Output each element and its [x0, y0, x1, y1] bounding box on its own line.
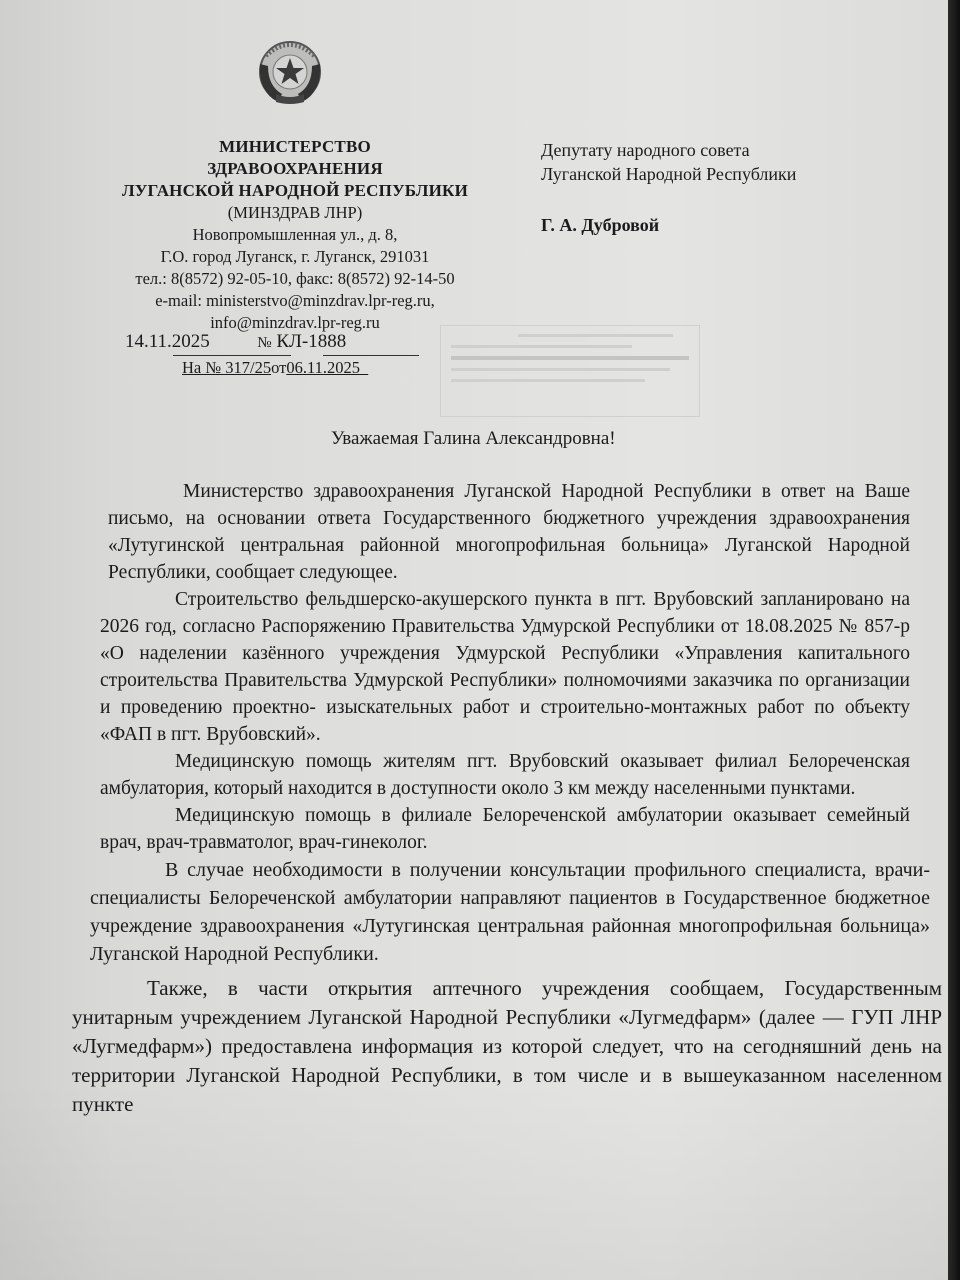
sender-block: МИНИСТЕРСТВО ЗДРАВООХРАНЕНИЯ ЛУГАНСКОЙ Н…	[95, 136, 495, 334]
paragraph-4: Медицинскую помощь в филиале Белореченск…	[100, 802, 910, 856]
outgoing-number: КЛ-1888	[276, 331, 346, 352]
registration-line: 14.11.2025 № КЛ-1888	[125, 330, 346, 355]
org-name-line2: ЗДРАВООХРАНЕНИЯ	[95, 158, 495, 180]
greeting: Уважаемая Галина Александровна!	[331, 428, 616, 450]
paragraph-5: В случае необходимости в получении консу…	[90, 856, 930, 968]
recipient-line1: Депутату народного совета	[541, 138, 796, 162]
address-line1: Новопромышленная ул., д. 8,	[95, 224, 495, 246]
paragraph-6: Также, в части открытия аптечного учрежд…	[72, 974, 942, 1119]
reply-from-label: от	[271, 358, 286, 377]
page-edge-shadow	[948, 0, 960, 1280]
coat-of-arms-icon	[252, 34, 328, 110]
reply-number: На № 317/25	[182, 358, 271, 377]
recipient-line2: Луганской Народной Республики	[541, 162, 796, 186]
paragraph-3: Медицинскую помощь жителям пгт. Врубовск…	[100, 748, 910, 802]
reply-reference: На № 317/25от06.11.2025	[182, 358, 368, 378]
reply-date: 06.11.2025	[286, 358, 360, 377]
paragraph-2: Строительство фельдшерско-акушерского пу…	[100, 586, 910, 748]
org-name-line1: МИНИСТЕРСТВО	[95, 136, 495, 158]
org-name-line3: ЛУГАНСКОЙ НАРОДНОЙ РЕСПУБЛИКИ	[95, 180, 495, 202]
recipient-block: Депутату народного совета Луганской Наро…	[541, 138, 796, 237]
date-underline	[173, 355, 291, 356]
outgoing-date: 14.11.2025	[125, 331, 210, 352]
phone-line: тел.: 8(8572) 92-05-10, факс: 8(8572) 92…	[95, 268, 495, 290]
number-label: №	[257, 335, 271, 351]
address-line2: Г.О. город Луганск, г. Луганск, 291031	[95, 246, 495, 268]
letter-page: МИНИСТЕРСТВО ЗДРАВООХРАНЕНИЯ ЛУГАНСКОЙ Н…	[0, 0, 948, 1280]
number-underline	[323, 355, 419, 356]
paragraph-1: Министерство здравоохранения Луганской Н…	[108, 478, 910, 586]
email-line1: e-mail: ministerstvo@minzdrav.lpr-reg.ru…	[95, 290, 495, 312]
faded-stamp	[440, 325, 700, 417]
recipient-name: Г. А. Дубровой	[541, 213, 796, 237]
letter-body: Министерство здравоохранения Луганской Н…	[100, 478, 910, 1119]
org-short-name: (МИНЗДРАВ ЛНР)	[95, 202, 495, 224]
